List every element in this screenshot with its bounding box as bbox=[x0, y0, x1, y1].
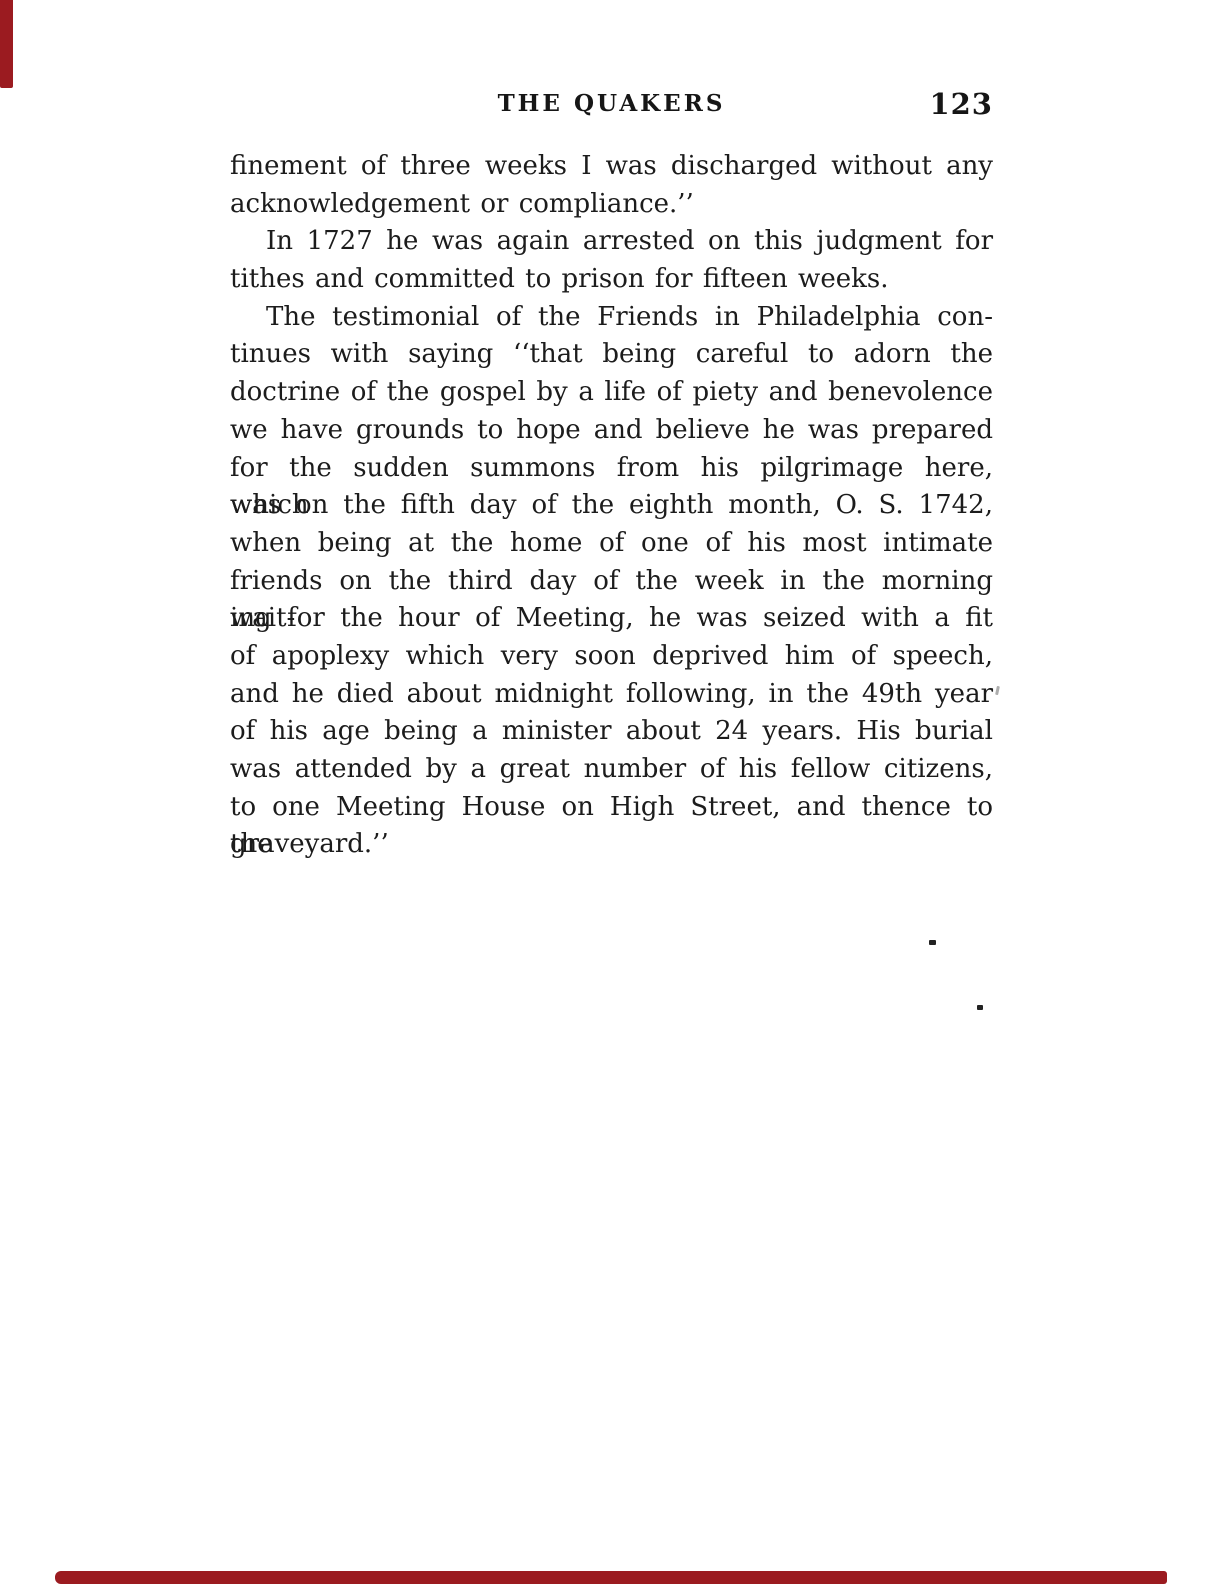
scan-speck bbox=[977, 1005, 983, 1010]
text-line: tithes and committed to prison for fifte… bbox=[230, 261, 993, 299]
text-line: we have grounds to hope and believe he w… bbox=[230, 412, 993, 450]
text-line: tinues with saying ‘‘that being careful … bbox=[230, 336, 993, 374]
text-line: and he died about midnight following, in… bbox=[230, 676, 993, 714]
text-line: was attended by a great number of his fe… bbox=[230, 751, 993, 789]
running-header-title: THE QUAKERS bbox=[498, 90, 726, 117]
text-line: of his age being a minister about 24 yea… bbox=[230, 713, 993, 751]
text-line: of apoplexy which very soon deprived him… bbox=[230, 638, 993, 676]
text-line: doctrine of the gospel by a life of piet… bbox=[230, 374, 993, 412]
page-number: 123 bbox=[929, 87, 993, 121]
text-line: ing for the hour of Meeting, he was seiz… bbox=[230, 600, 993, 638]
scan-artifact-bar-bottom bbox=[55, 1571, 1167, 1584]
book-page: THE QUAKERS 123 finement of three weeks … bbox=[0, 0, 1224, 1584]
scan-artifact-bar-top-left bbox=[0, 0, 13, 88]
text-line: finement of three weeks I was discharged… bbox=[230, 148, 993, 186]
text-line: was on the fifth day of the eighth month… bbox=[230, 487, 993, 525]
text-line: In 1727 he was again arrested on this ju… bbox=[230, 223, 993, 261]
text-line: friends on the third day of the week in … bbox=[230, 563, 993, 601]
text-line: The testimonial of the Friends in Philad… bbox=[230, 299, 993, 337]
text-line: for the sudden summons from his pilgrima… bbox=[230, 450, 993, 488]
text-line: acknowledgement or compliance.’’ bbox=[230, 186, 993, 224]
text-line: to one Meeting House on High Street, and… bbox=[230, 789, 993, 827]
scan-faint-mark bbox=[995, 686, 1000, 695]
body-text: finement of three weeks I was discharged… bbox=[230, 148, 993, 864]
scan-speck bbox=[929, 940, 936, 945]
page-header: THE QUAKERS 123 bbox=[230, 90, 993, 130]
text-line: graveyard.’’ bbox=[230, 826, 993, 864]
text-line: when being at the home of one of his mos… bbox=[230, 525, 993, 563]
